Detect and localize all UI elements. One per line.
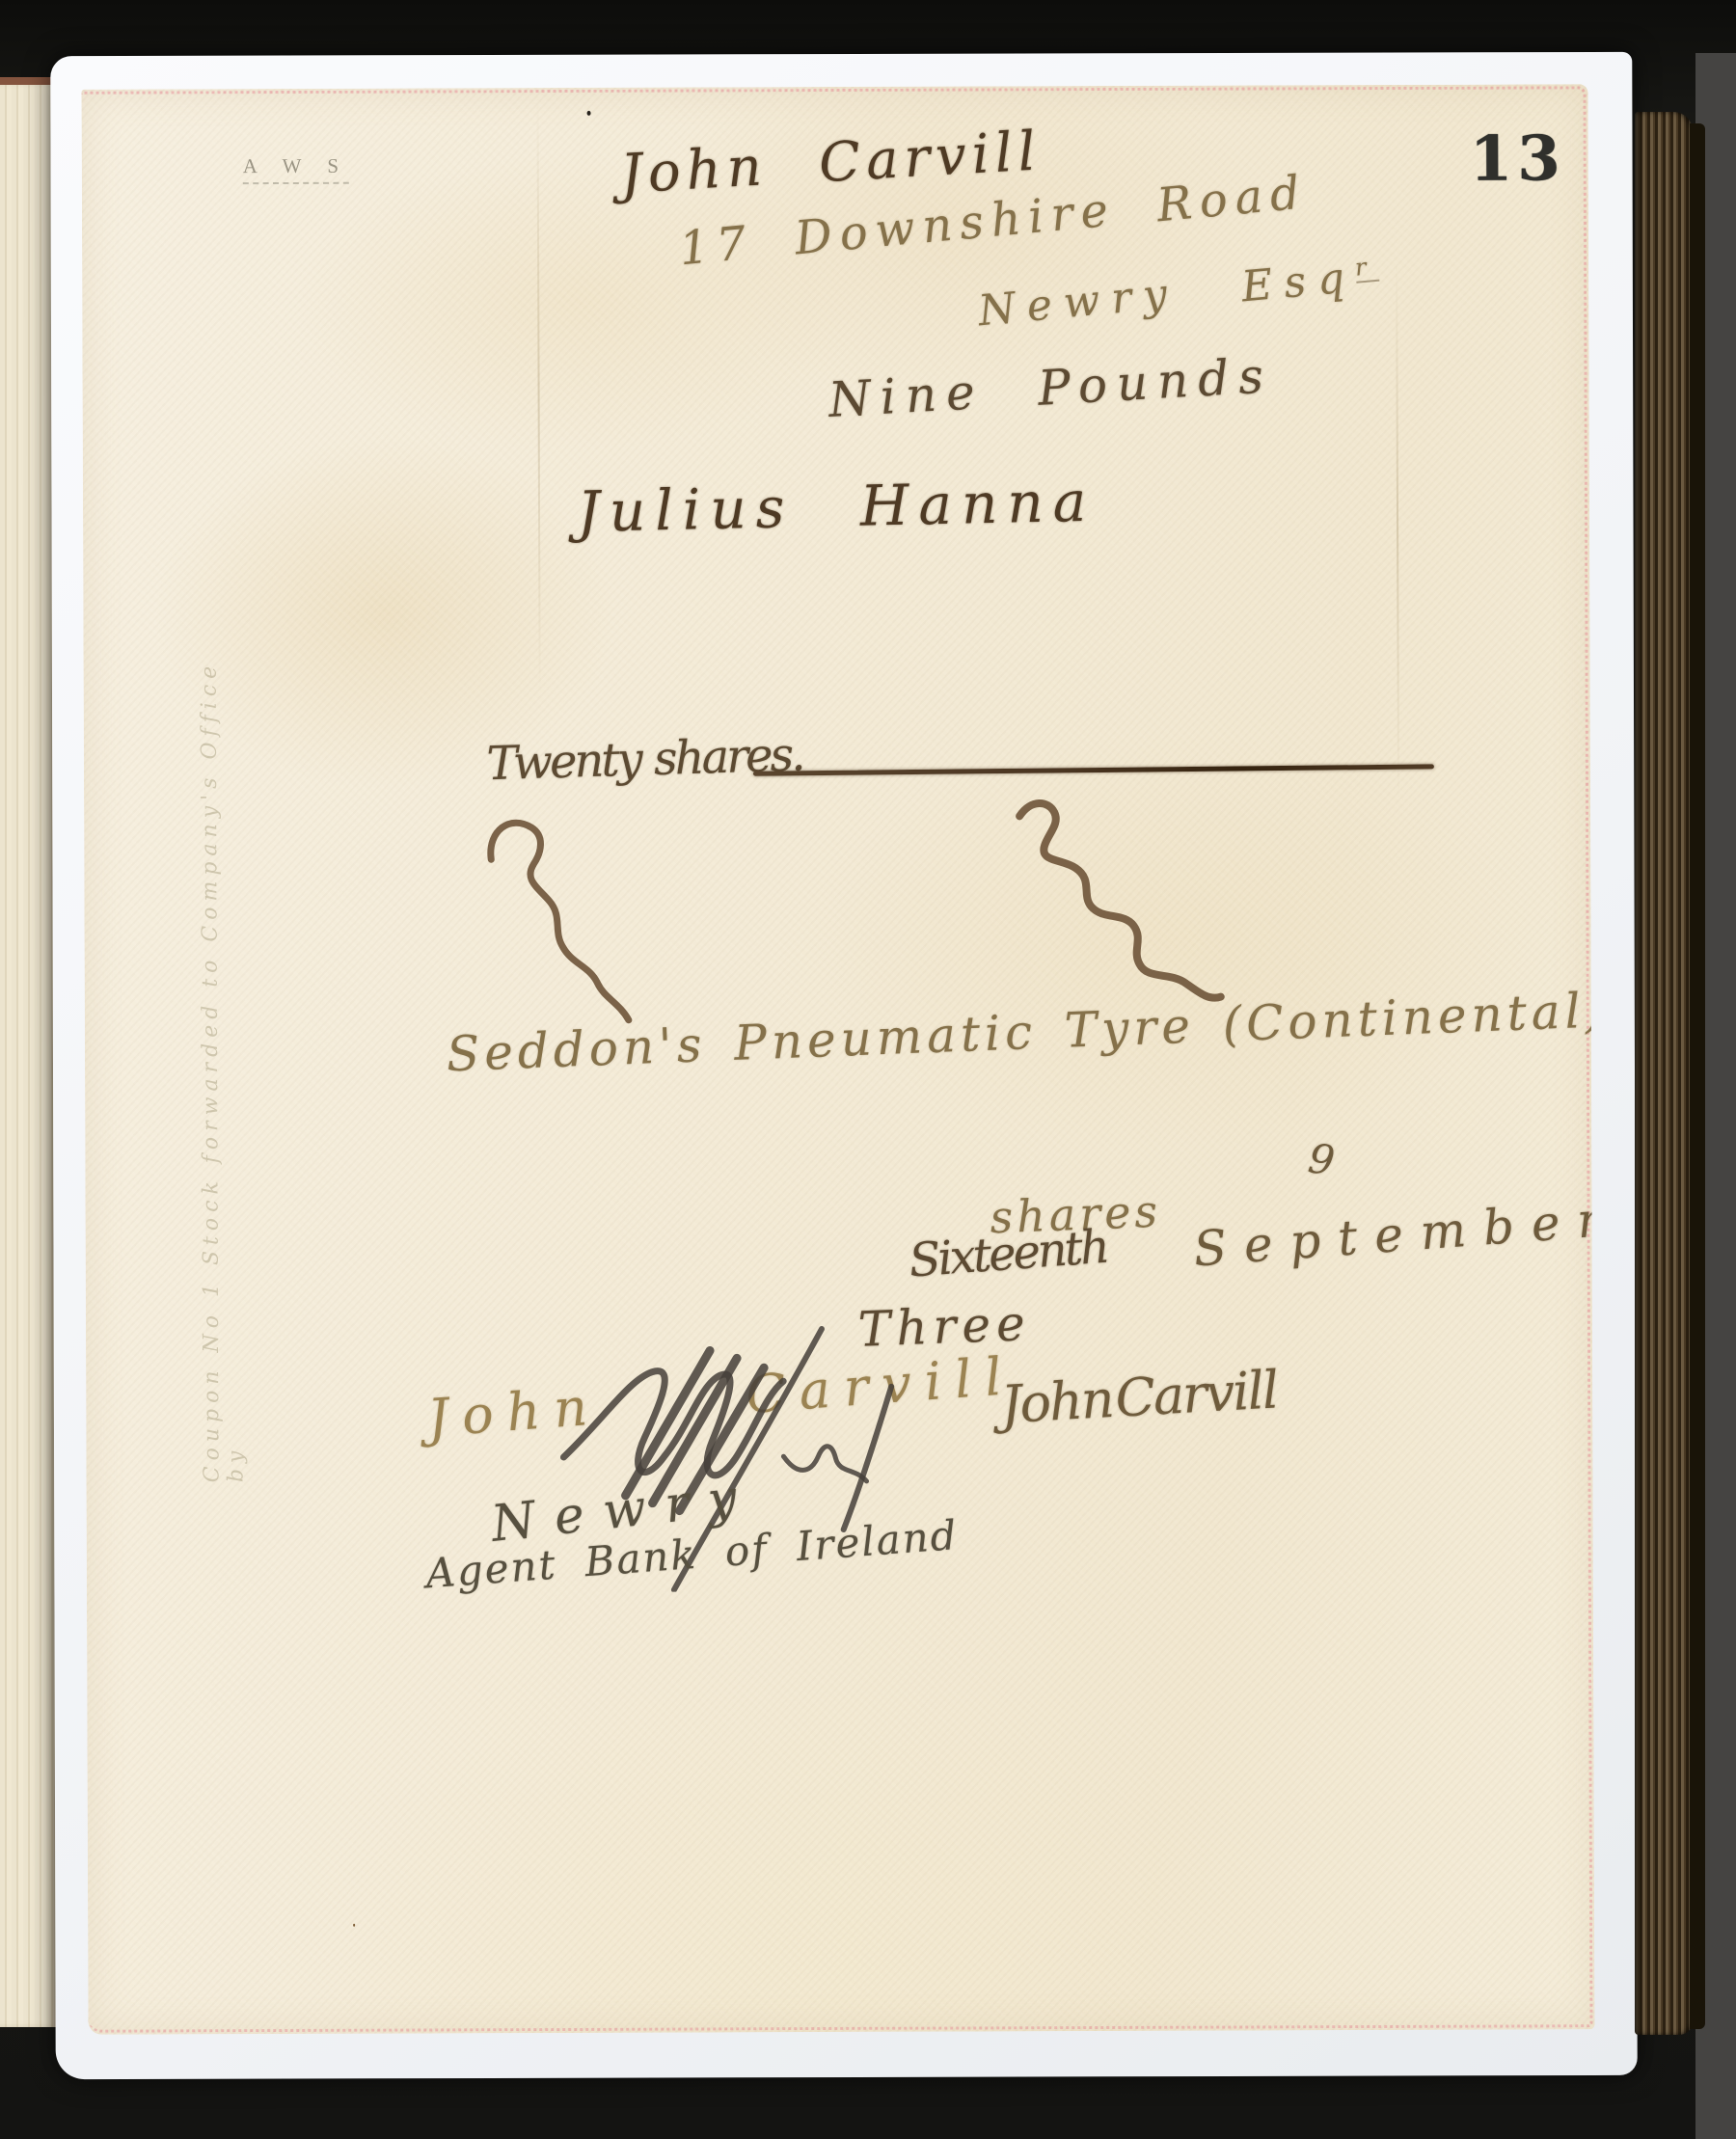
signature-right: John Carvill xyxy=(999,1359,1279,1435)
entry-town-line: Newry Esqr xyxy=(976,251,1380,337)
entry-name-line: John Carvill xyxy=(619,120,1043,205)
left-page-stack-top-edge xyxy=(0,77,56,85)
date-day: Sixteenth xyxy=(908,1220,1109,1288)
margin-vertical-note: Coupon No 1 Stock forwarded to Company's… xyxy=(197,614,248,1482)
date-month: September xyxy=(1192,1190,1595,1277)
entry-amount-line: Nine Pounds xyxy=(827,347,1275,428)
ledger-page: A W S 13 Coupon No 1 Stock forwarded to … xyxy=(81,84,1594,2034)
town-text: Newry Esq xyxy=(976,253,1358,336)
page-crease xyxy=(1396,258,1399,799)
entry-proposer-line: Julius Hanna xyxy=(577,469,1097,545)
owner-stamp: A W S xyxy=(243,154,349,184)
shares-rule-dash xyxy=(753,764,1434,775)
book-spine-shadow xyxy=(1690,123,1705,2029)
book-fore-edge xyxy=(1635,112,1693,2035)
left-page-stack xyxy=(0,83,56,2027)
ink-specks xyxy=(587,111,591,116)
esquire-superscript: r xyxy=(1354,253,1379,284)
flourish-squiggle-left xyxy=(481,806,646,1043)
entry-shares-line: Twenty shares. xyxy=(486,728,803,792)
folio-number-stamp: 13 xyxy=(1470,122,1565,195)
page-crease xyxy=(537,97,541,695)
figure-mark: 9 xyxy=(1306,1134,1338,1184)
book-photo: A W S 13 Coupon No 1 Stock forwarded to … xyxy=(0,0,1736,2139)
flourish-squiggle-right xyxy=(1002,795,1239,1017)
